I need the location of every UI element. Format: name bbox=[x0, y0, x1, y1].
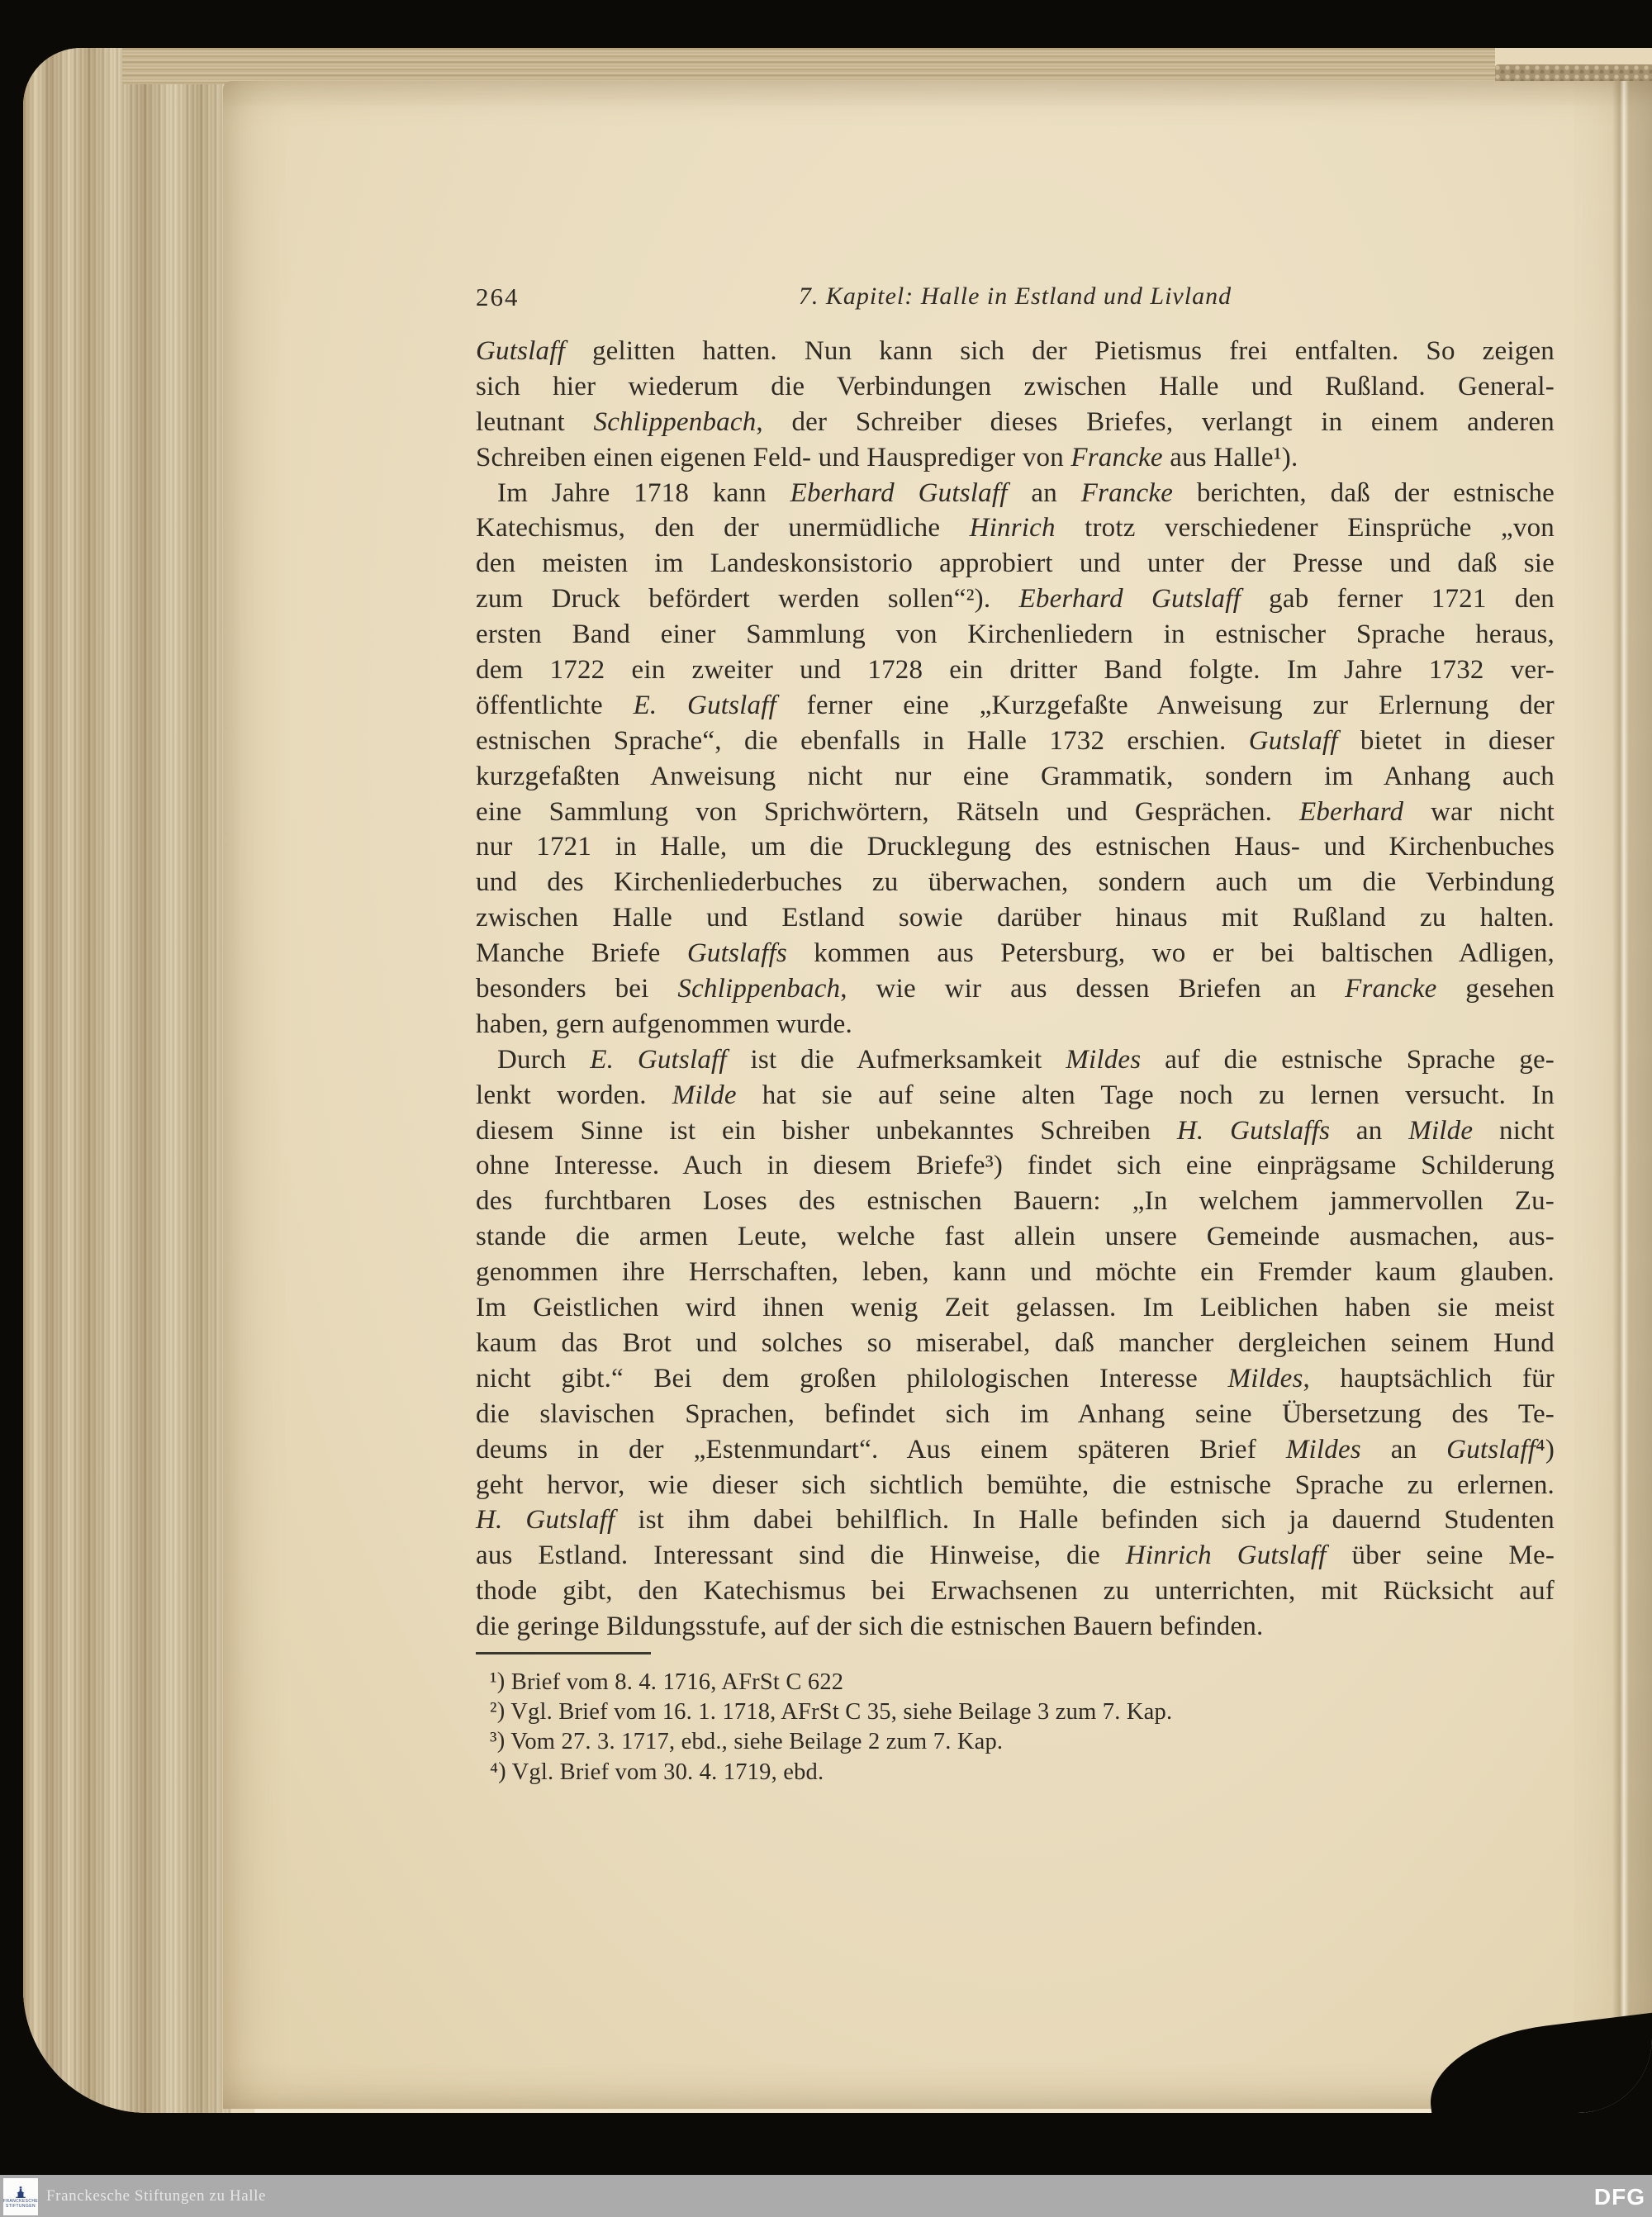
text-line: ohne Interesse. Auch in diesem Briefe³) … bbox=[476, 1148, 1555, 1184]
provider-logo-text-line2: STIFTUNGEN bbox=[6, 2205, 36, 2209]
text-line: genommen ihre Herrschaften, leben, kann … bbox=[476, 1255, 1555, 1290]
provider-logo-text-line1: FRANCKESCHE bbox=[3, 2200, 38, 2204]
text-line: ersten Band einer Sammlung von Kirchenli… bbox=[476, 617, 1555, 653]
text-line: lenkt worden. Milde hat sie auf seine al… bbox=[476, 1078, 1555, 1113]
text-line: dem 1722 ein zweiter und 1728 ein dritte… bbox=[476, 653, 1555, 688]
text-line: die slavischen Sprachen, befindet sich i… bbox=[476, 1397, 1555, 1432]
text-line: diesem Sinne ist ein bisher unbekanntes … bbox=[476, 1113, 1555, 1149]
tower-figure-icon bbox=[13, 2186, 28, 2199]
text-line: Durch E. Gutslaff ist die Aufmerksamkeit… bbox=[476, 1042, 1555, 1078]
text-line: Im Geistlichen wird ihnen wenig Zeit gel… bbox=[476, 1290, 1555, 1326]
text-line: Manche Briefe Gutslaffs kommen aus Peter… bbox=[476, 936, 1555, 971]
underlying-page-edge bbox=[254, 2109, 1594, 2113]
page-gutter-crease bbox=[1612, 81, 1652, 2113]
text-line: besonders bei Schlippenbach, wie wir aus… bbox=[476, 971, 1555, 1007]
franckesche-stiftungen-icon: FRANCKESCHE STIFTUNGEN bbox=[3, 2178, 38, 2215]
viewer-bottom-bar: FRANCKESCHE STIFTUNGEN Franckesche Stift… bbox=[0, 2175, 1652, 2217]
text-line: Schreiben einen eigenen Feld- und Hauspr… bbox=[476, 440, 1555, 476]
page-stack-top-edge bbox=[122, 48, 1495, 84]
text-line: leutnant Schlippenbach, der Schreiber di… bbox=[476, 405, 1555, 440]
text-line: geht hervor, wie dieser sich sichtlich b… bbox=[476, 1468, 1555, 1503]
text-line: nur 1721 in Halle, um die Drucklegung de… bbox=[476, 829, 1555, 865]
text-line: haben, gern aufgenommen wurde. bbox=[476, 1007, 1555, 1042]
body-text: Gutslaff gelitten hatten. Nun kann sich … bbox=[476, 334, 1555, 1645]
text-line: aus Estland. Interessant sind die Hinwei… bbox=[476, 1538, 1555, 1574]
text-line: die geringe Bildungsstufe, auf der sich … bbox=[476, 1609, 1555, 1645]
page-stack-left-edge bbox=[23, 48, 231, 2113]
text-line: kurzgefaßten Anweisung nicht nur eine Gr… bbox=[476, 759, 1555, 795]
text-line: Katechismus, den der unermüdliche Hinric… bbox=[476, 510, 1555, 546]
text-line: Im Jahre 1718 kann Eberhard Gutslaff an … bbox=[476, 476, 1555, 511]
text-line: zwischen Halle und Estland sowie darüber… bbox=[476, 900, 1555, 936]
text-line: eine Sammlung von Sprichwörtern, Rätseln… bbox=[476, 795, 1555, 830]
footnote-rule bbox=[476, 1652, 651, 1654]
footnote: ²) Vgl. Brief vom 16. 1. 1718, AFrSt C 3… bbox=[490, 1697, 1555, 1727]
footnote: ³) Vom 27. 3. 1717, ebd., siehe Beilage … bbox=[490, 1727, 1555, 1757]
scan-viewer-canvas: 264 7. Kapitel: Halle in Estland und Liv… bbox=[0, 0, 1652, 2217]
text-line: thode gibt, den Katechismus bei Erwachse… bbox=[476, 1574, 1555, 1609]
text-line: deums in der „Estenmundart“. Aus einem s… bbox=[476, 1432, 1555, 1468]
text-line: H. Gutslaff ist ihm dabei behilflich. In… bbox=[476, 1503, 1555, 1538]
text-line: kaum das Brot und solches so miserabel, … bbox=[476, 1326, 1555, 1361]
text-line: des furchtbaren Loses des estnischen Bau… bbox=[476, 1184, 1555, 1219]
text-line: öffentlichte E. Gutslaff ferner eine „Ku… bbox=[476, 688, 1555, 724]
footnote: ⁴) Vgl. Brief vom 30. 4. 1719, ebd. bbox=[490, 1758, 1555, 1787]
dfg-logo[interactable]: DFG bbox=[1594, 2175, 1645, 2217]
text-line: den meisten im Landeskonsistorio approbi… bbox=[476, 546, 1555, 582]
text-line: stande die armen Leute, welche fast alle… bbox=[476, 1219, 1555, 1255]
text-line: nicht gibt.“ Bei dem großen philologisch… bbox=[476, 1361, 1555, 1397]
text-line: und des Kirchenliederbuches zu überwache… bbox=[476, 865, 1555, 900]
text-line: estnischen Sprache“, die ebenfalls in Ha… bbox=[476, 724, 1555, 759]
running-header: 7. Kapitel: Halle in Estland und Livland bbox=[476, 282, 1555, 311]
text-line: sich hier wiederum die Verbindungen zwis… bbox=[476, 369, 1555, 405]
provider-logo-link[interactable]: FRANCKESCHE STIFTUNGEN Franckesche Stift… bbox=[0, 2175, 273, 2217]
footnotes: ¹) Brief vom 8. 4. 1716, AFrSt C 622²) V… bbox=[490, 1668, 1555, 1787]
running-header-row: 264 7. Kapitel: Halle in Estland und Liv… bbox=[476, 282, 1555, 320]
footnote: ¹) Brief vom 8. 4. 1716, AFrSt C 622 bbox=[490, 1668, 1555, 1697]
text-line: Gutslaff gelitten hatten. Nun kann sich … bbox=[476, 334, 1555, 369]
provider-label: Franckesche Stiftungen zu Halle bbox=[46, 2175, 266, 2217]
page-number: 264 bbox=[476, 282, 520, 312]
text-line: zum Druck befördert werden sollen“²). Eb… bbox=[476, 582, 1555, 617]
